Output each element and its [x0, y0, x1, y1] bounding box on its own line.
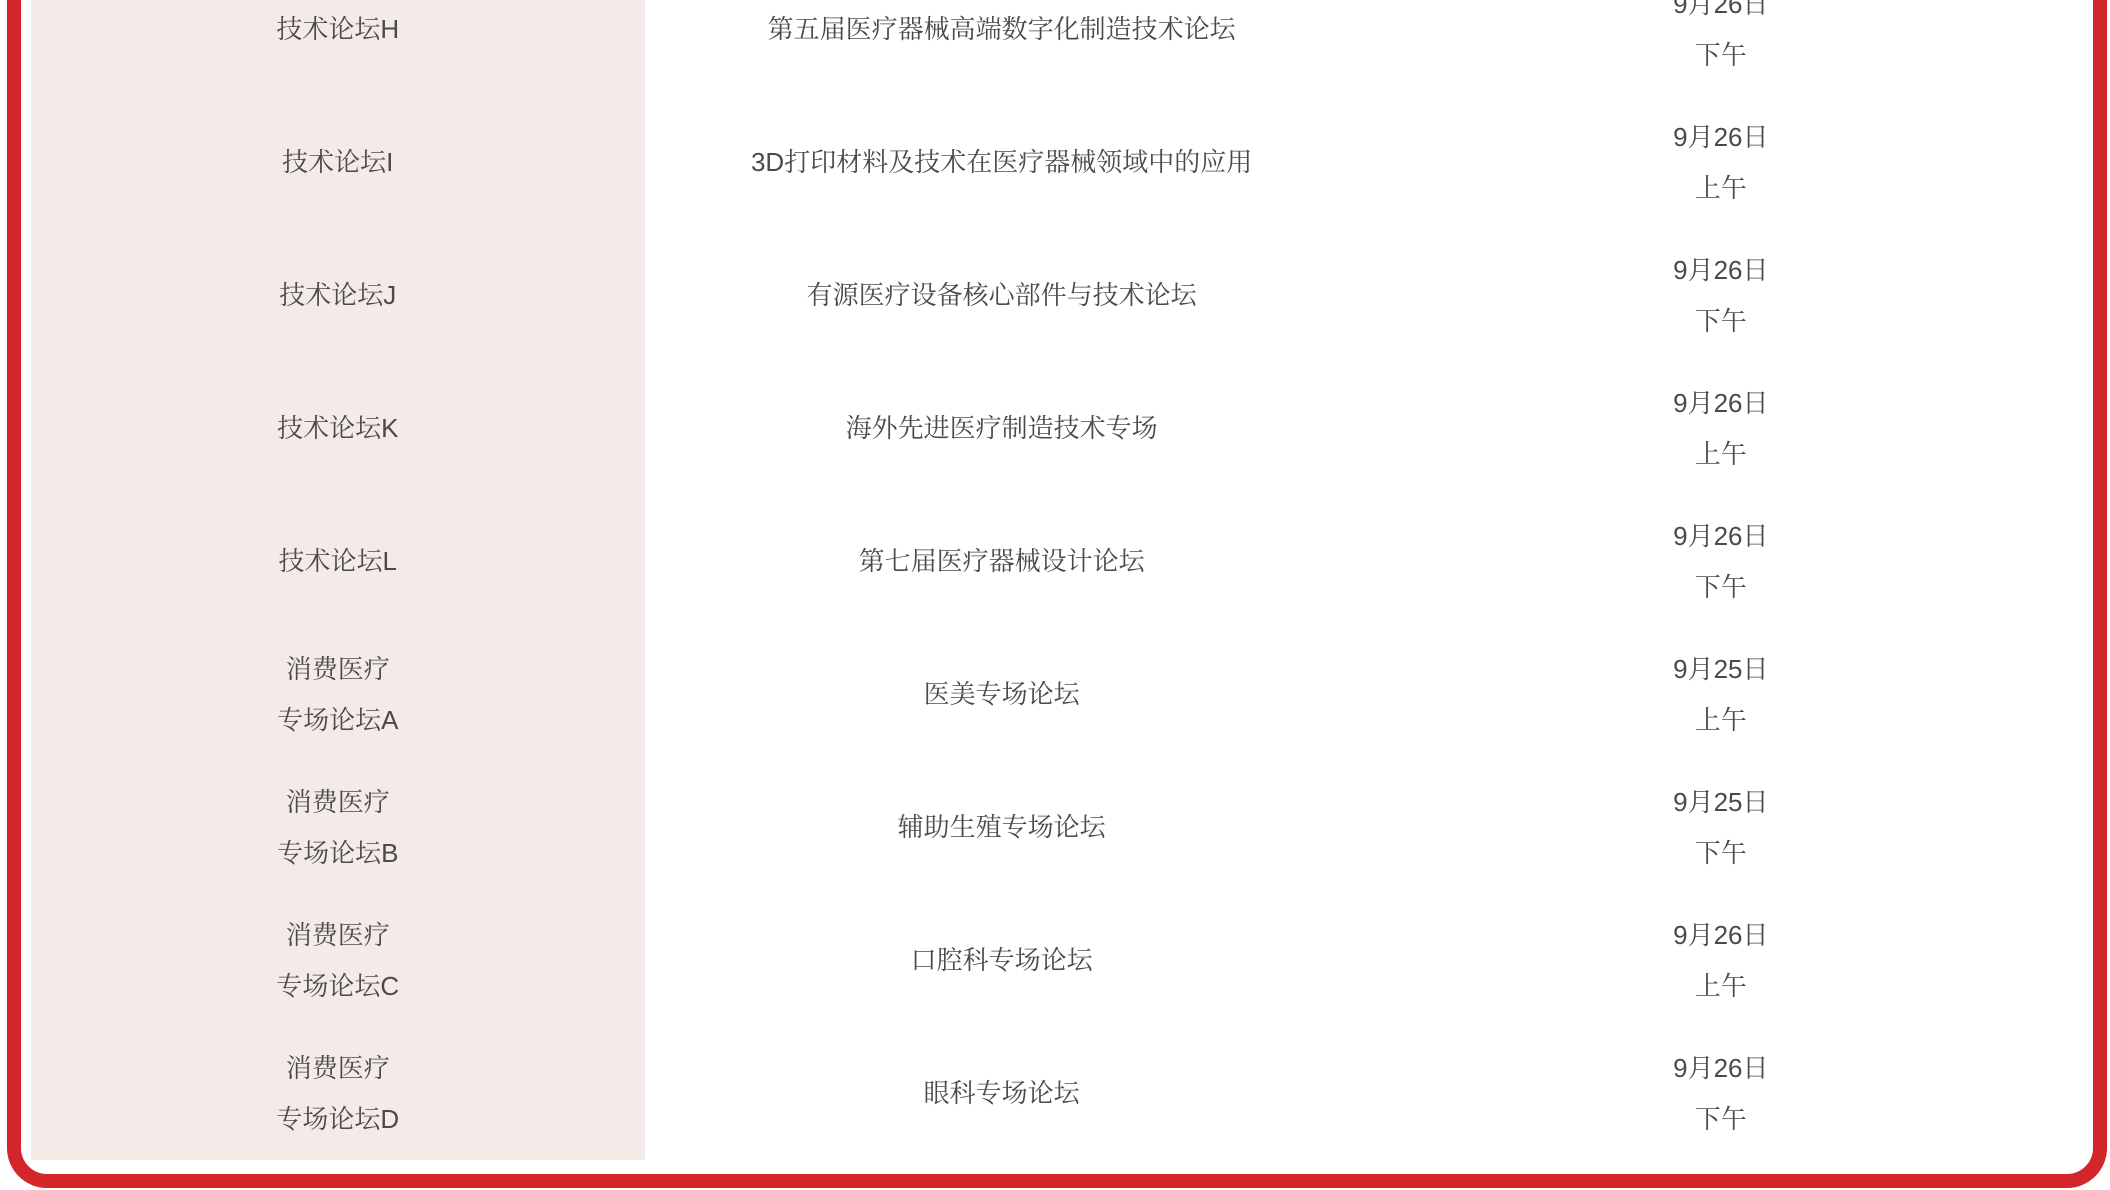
schedule-session: 下午: [1695, 828, 1747, 879]
schedule-session: 上午: [1695, 695, 1747, 746]
forum-name-line: 专场论坛A: [277, 695, 398, 746]
forum-schedule-cell: 9月26日 上午: [1359, 894, 2083, 1027]
forum-name-line: 技术论坛L: [279, 536, 397, 587]
schedule-date: 9月26日: [1673, 378, 1768, 429]
forum-schedule-cell: 9月26日 下午: [1359, 1027, 2083, 1160]
forum-title-cell: 口腔科专场论坛: [645, 894, 1359, 1027]
schedule-session: 上午: [1695, 163, 1747, 214]
forum-name-line: 专场论坛C: [276, 961, 399, 1012]
table-row: 技术论坛I 3D打印材料及技术在医疗器械领域中的应用 9月26日 上午: [31, 96, 2083, 229]
schedule-date: 9月25日: [1673, 777, 1768, 828]
forum-name-cell: 技术论坛H: [31, 0, 645, 96]
table-row: 消费医疗专场论坛B 辅助生殖专场论坛 9月25日 下午: [31, 761, 2083, 894]
forum-schedule-card: 技术论坛H 第五届医疗器械高端数字化制造技术论坛 9月26日 下午 技术论坛I …: [7, 0, 2107, 1188]
schedule-date: 9月26日: [1673, 910, 1768, 961]
forum-name-cell: 消费医疗专场论坛A: [31, 628, 645, 761]
schedule-date: 9月25日: [1673, 644, 1768, 695]
forum-title: 第七届医疗器械设计论坛: [859, 536, 1145, 587]
schedule-date: 9月26日: [1673, 0, 1768, 30]
forum-name-line: 专场论坛B: [277, 828, 398, 879]
schedule-date: 9月26日: [1673, 245, 1768, 296]
forum-title-cell: 辅助生殖专场论坛: [645, 761, 1359, 894]
forum-name-cell: 技术论坛K: [31, 362, 645, 495]
forum-title-cell: 3D打印材料及技术在医疗器械领域中的应用: [645, 96, 1359, 229]
schedule-session: 上午: [1695, 429, 1747, 480]
forum-name-line: 消费医疗: [286, 644, 390, 695]
table-row: 技术论坛J 有源医疗设备核心部件与技术论坛 9月26日 下午: [31, 229, 2083, 362]
forum-title-cell: 第七届医疗器械设计论坛: [645, 495, 1359, 628]
forum-title-cell: 医美专场论坛: [645, 628, 1359, 761]
forum-name-cell: 技术论坛L: [31, 495, 645, 628]
forum-schedule-cell: 9月26日 下午: [1359, 495, 2083, 628]
forum-title-cell: 第五届医疗器械高端数字化制造技术论坛: [645, 0, 1359, 96]
schedule-session: 下午: [1695, 562, 1747, 613]
forum-title: 3D打印材料及技术在医疗器械领域中的应用: [751, 137, 1252, 188]
forum-title: 医美专场论坛: [924, 669, 1080, 720]
schedule-date: 9月26日: [1673, 511, 1768, 562]
forum-schedule-cell: 9月25日 下午: [1359, 761, 2083, 894]
table-row: 技术论坛H 第五届医疗器械高端数字化制造技术论坛 9月26日 下午: [31, 0, 2083, 96]
schedule-date: 9月26日: [1673, 112, 1768, 163]
forum-title-cell: 有源医疗设备核心部件与技术论坛: [645, 229, 1359, 362]
schedule-table: 技术论坛H 第五届医疗器械高端数字化制造技术论坛 9月26日 下午 技术论坛I …: [31, 0, 2083, 1160]
forum-name-line: 专场论坛D: [276, 1094, 399, 1145]
forum-title-cell: 眼科专场论坛: [645, 1027, 1359, 1160]
table-row: 消费医疗专场论坛D 眼科专场论坛 9月26日 下午: [31, 1027, 2083, 1160]
forum-title: 有源医疗设备核心部件与技术论坛: [807, 270, 1197, 321]
forum-schedule-cell: 9月25日 上午: [1359, 628, 2083, 761]
table-row: 消费医疗专场论坛C 口腔科专场论坛 9月26日 上午: [31, 894, 2083, 1027]
forum-title-cell: 海外先进医疗制造技术专场: [645, 362, 1359, 495]
forum-title: 海外先进医疗制造技术专场: [846, 403, 1158, 454]
forum-name-cell: 技术论坛I: [31, 96, 645, 229]
schedule-session: 下午: [1695, 1094, 1747, 1145]
table-row: 技术论坛L 第七届医疗器械设计论坛 9月26日 下午: [31, 495, 2083, 628]
forum-title: 辅助生殖专场论坛: [898, 802, 1106, 853]
forum-name-cell: 技术论坛J: [31, 229, 645, 362]
schedule-date: 9月26日: [1673, 1043, 1768, 1094]
forum-schedule-cell: 9月26日 下午: [1359, 0, 2083, 96]
forum-title: 口腔科专场论坛: [911, 935, 1093, 986]
forum-name-cell: 消费医疗专场论坛C: [31, 894, 645, 1027]
forum-name-line: 技术论坛H: [276, 4, 399, 55]
schedule-session: 上午: [1695, 961, 1747, 1012]
forum-schedule-cell: 9月26日 下午: [1359, 229, 2083, 362]
forum-name-line: 消费医疗: [286, 777, 390, 828]
table-row: 消费医疗专场论坛A 医美专场论坛 9月25日 上午: [31, 628, 2083, 761]
schedule-session: 下午: [1695, 30, 1747, 81]
forum-title: 第五届医疗器械高端数字化制造技术论坛: [768, 4, 1236, 55]
schedule-session: 下午: [1695, 296, 1747, 347]
forum-name-line: 消费医疗: [286, 1043, 390, 1094]
forum-title: 眼科专场论坛: [924, 1068, 1080, 1119]
forum-name-line: 消费医疗: [286, 910, 390, 961]
forum-schedule-cell: 9月26日 上午: [1359, 362, 2083, 495]
forum-name-line: 技术论坛K: [277, 403, 398, 454]
forum-schedule-cell: 9月26日 上午: [1359, 96, 2083, 229]
forum-name-line: 技术论坛I: [282, 137, 393, 188]
table-row: 技术论坛K 海外先进医疗制造技术专场 9月26日 上午: [31, 362, 2083, 495]
forum-name-cell: 消费医疗专场论坛B: [31, 761, 645, 894]
forum-name-line: 技术论坛J: [279, 270, 396, 321]
forum-name-cell: 消费医疗专场论坛D: [31, 1027, 645, 1160]
